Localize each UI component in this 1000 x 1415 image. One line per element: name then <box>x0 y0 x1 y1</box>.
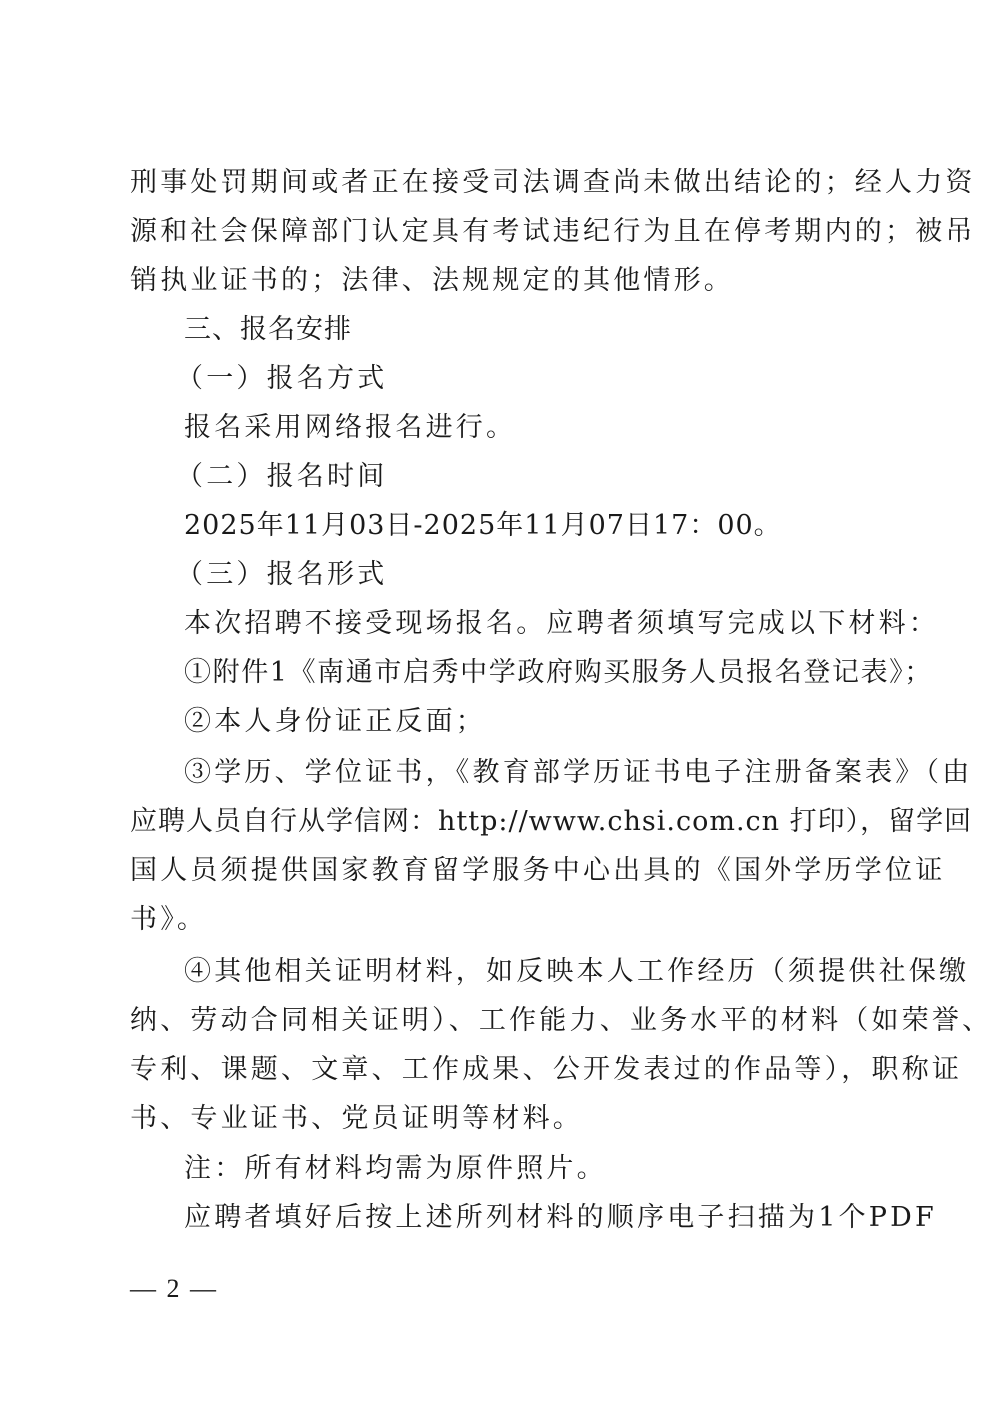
final-line: 应聘者填好后按上述所列材料的顺序电子扫描为1个PDF <box>184 1201 872 1235</box>
material-item-3-line: 应聘人员自行从学信网：http://www.chsi.com.cn 打印），留学… <box>130 805 872 839</box>
note-text: 注：所有材料均需为原件照片。 <box>184 1152 926 1186</box>
paragraph-line: 源和社会保障部门认定具有考试违纪行为且在停考期内的；被吊 <box>130 215 872 249</box>
material-item-3-line: 国人员须提供国家教育留学服务中心出具的《国外学历学位证 <box>130 854 872 888</box>
paragraph-line: 刑事处罚期间或者正在接受司法调查尚未做出结论的；经人力资 <box>130 166 872 200</box>
material-item-4-line: 纳、劳动合同相关证明）、工作能力、业务水平的材料（如荣誉、 <box>130 1004 872 1038</box>
material-item-4-line: 书、专业证书、党员证明等材料。 <box>130 1102 872 1136</box>
material-item-3-line: 书》。 <box>130 903 872 937</box>
form-text: 本次招聘不接受现场报名。应聘者须填写完成以下材料： <box>184 607 926 641</box>
material-item-2: ②本人身份证正反面； <box>184 705 926 739</box>
page-number: — 2 — <box>130 1274 218 1304</box>
material-item-3-line: ③学历、学位证书，《教育部学历证书电子注册备案表》（由 <box>184 756 872 790</box>
method-text: 报名采用网络报名进行。 <box>184 411 926 445</box>
section-heading: 三、报名安排 <box>184 313 926 347</box>
material-item-1: ①附件1《南通市启秀中学政府购买服务人员报名登记表》； <box>184 656 926 690</box>
document-page: 刑事处罚期间或者正在接受司法调查尚未做出结论的；经人力资 源和社会保障部门认定具… <box>0 0 1000 1415</box>
material-item-4-line: 专利、课题、文章、工作成果、公开发表过的作品等），职称证 <box>130 1053 872 1087</box>
subsection-heading-time: （二）报名时间 <box>176 460 918 494</box>
material-item-4-line: ④其他相关证明材料，如反映本人工作经历（须提供社保缴 <box>184 955 872 989</box>
subsection-heading-form: （三）报名形式 <box>176 558 918 592</box>
time-text: 2025年11月03日-2025年11月07日17：00。 <box>184 509 926 543</box>
subsection-heading-method: （一）报名方式 <box>176 362 918 396</box>
paragraph-line: 销执业证书的；法律、法规规定的其他情形。 <box>130 264 872 298</box>
